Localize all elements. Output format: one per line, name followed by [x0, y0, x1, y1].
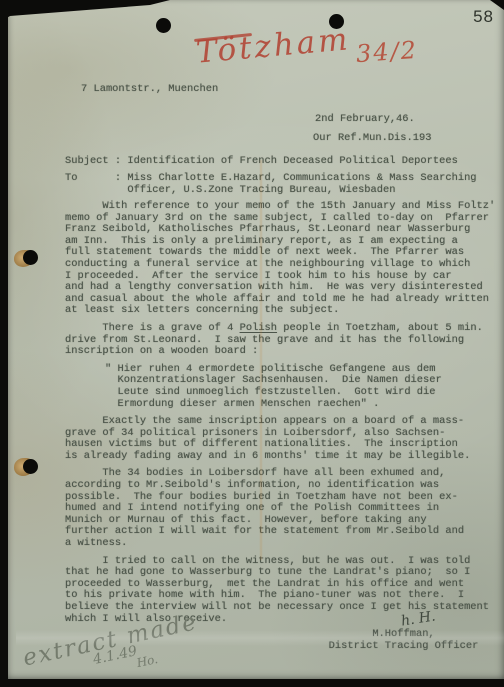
- sender-address: 7 Lamontstr., Muenchen: [81, 84, 218, 96]
- grave-inscription-quote: " Hier ruhen 4 ermordete politische Gefa…: [105, 364, 503, 410]
- subject-line: Subject : Identification of French Decea…: [65, 156, 503, 168]
- page-number: 58: [473, 7, 494, 27]
- document-page: 58 Tötzham 34/2 7 Lamontstr., Muenchen 2…: [8, 0, 504, 679]
- letter-date: 2nd February,46.: [315, 114, 415, 126]
- to-lines: To : Miss Charlotte E.Hazard, Communicat…: [65, 173, 503, 196]
- punch-hole-top-left: [156, 18, 171, 33]
- red-handwritten-place-name: Tötzham: [195, 21, 352, 70]
- punch-hole-left-lower: [23, 459, 38, 474]
- document-scan: 58 Tötzham 34/2 7 Lamontstr., Muenchen 2…: [0, 0, 504, 687]
- red-handwritten-file-number: 34/2: [355, 36, 419, 68]
- paragraph-2-before: There is a grave of 4: [65, 322, 240, 334]
- letter-reference: Our Ref.Mun.Dis.193: [313, 133, 431, 145]
- signature-initials: h. H.: [400, 608, 437, 629]
- paper-fold-crease: [260, 160, 262, 560]
- paragraph-4: The 34 bodies in Loibersdorf have all be…: [65, 468, 503, 549]
- letter-body: With reference to your memo of the 15th …: [65, 201, 503, 631]
- paragraph-2: There is a grave of 4 Polish people in T…: [65, 323, 503, 358]
- underlined-word-polish: Polish: [240, 322, 277, 334]
- paragraph-3: Exactly the same inscription appears on …: [65, 416, 503, 462]
- paper-fold-band: [16, 630, 504, 646]
- punch-hole-left-upper: [23, 250, 38, 265]
- paragraph-1: With reference to your memo of the 15th …: [65, 201, 503, 317]
- punch-hole-top-right: [329, 14, 344, 29]
